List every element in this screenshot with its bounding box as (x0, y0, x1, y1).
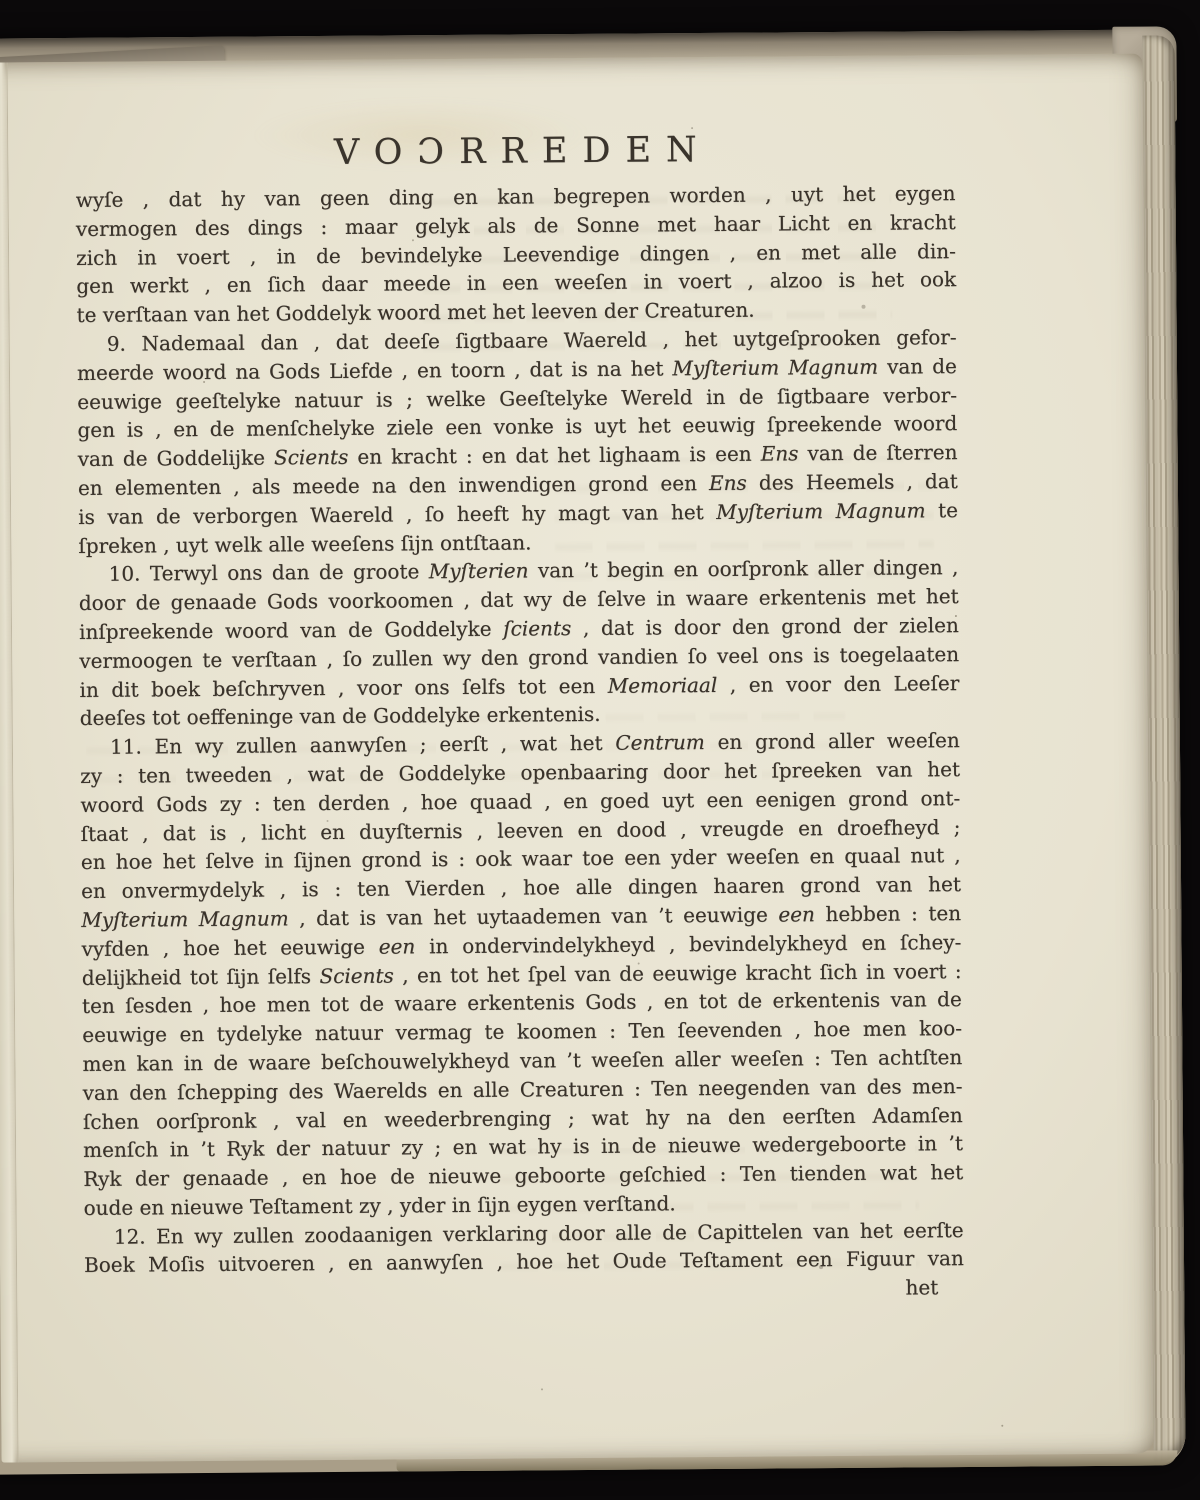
page-heading: VOƆRREDEN (75, 125, 955, 178)
paragraph: 9. Nademaal dan , dat deeſe ſigtbaare Wa… (77, 323, 959, 560)
paragraph: wyſe , dat hy van geen ding en kan begre… (76, 179, 957, 330)
paragraph: 10. Terwyl ons dan de groote Myſterien v… (78, 553, 959, 733)
book-page: VOƆRREDEN wyſe , dat hy van geen ding en… (0, 54, 1154, 1463)
printed-text-block: VOƆRREDEN wyſe , dat hy van geen ding en… (75, 125, 964, 1309)
book-page-stack: VOƆRREDEN wyſe , dat hy van geen ding en… (0, 29, 1186, 1474)
paragraph: 12. En wy zullen zoodaanigen verklaring … (84, 1216, 964, 1281)
body-text: wyſe , dat hy van geen ding en kan begre… (76, 179, 965, 1280)
paragraph: 11. En wy zullen aanwyſen ; eerſt , wat … (80, 726, 964, 1222)
scan-background: VOƆRREDEN wyſe , dat hy van geen ding en… (0, 0, 1200, 1500)
